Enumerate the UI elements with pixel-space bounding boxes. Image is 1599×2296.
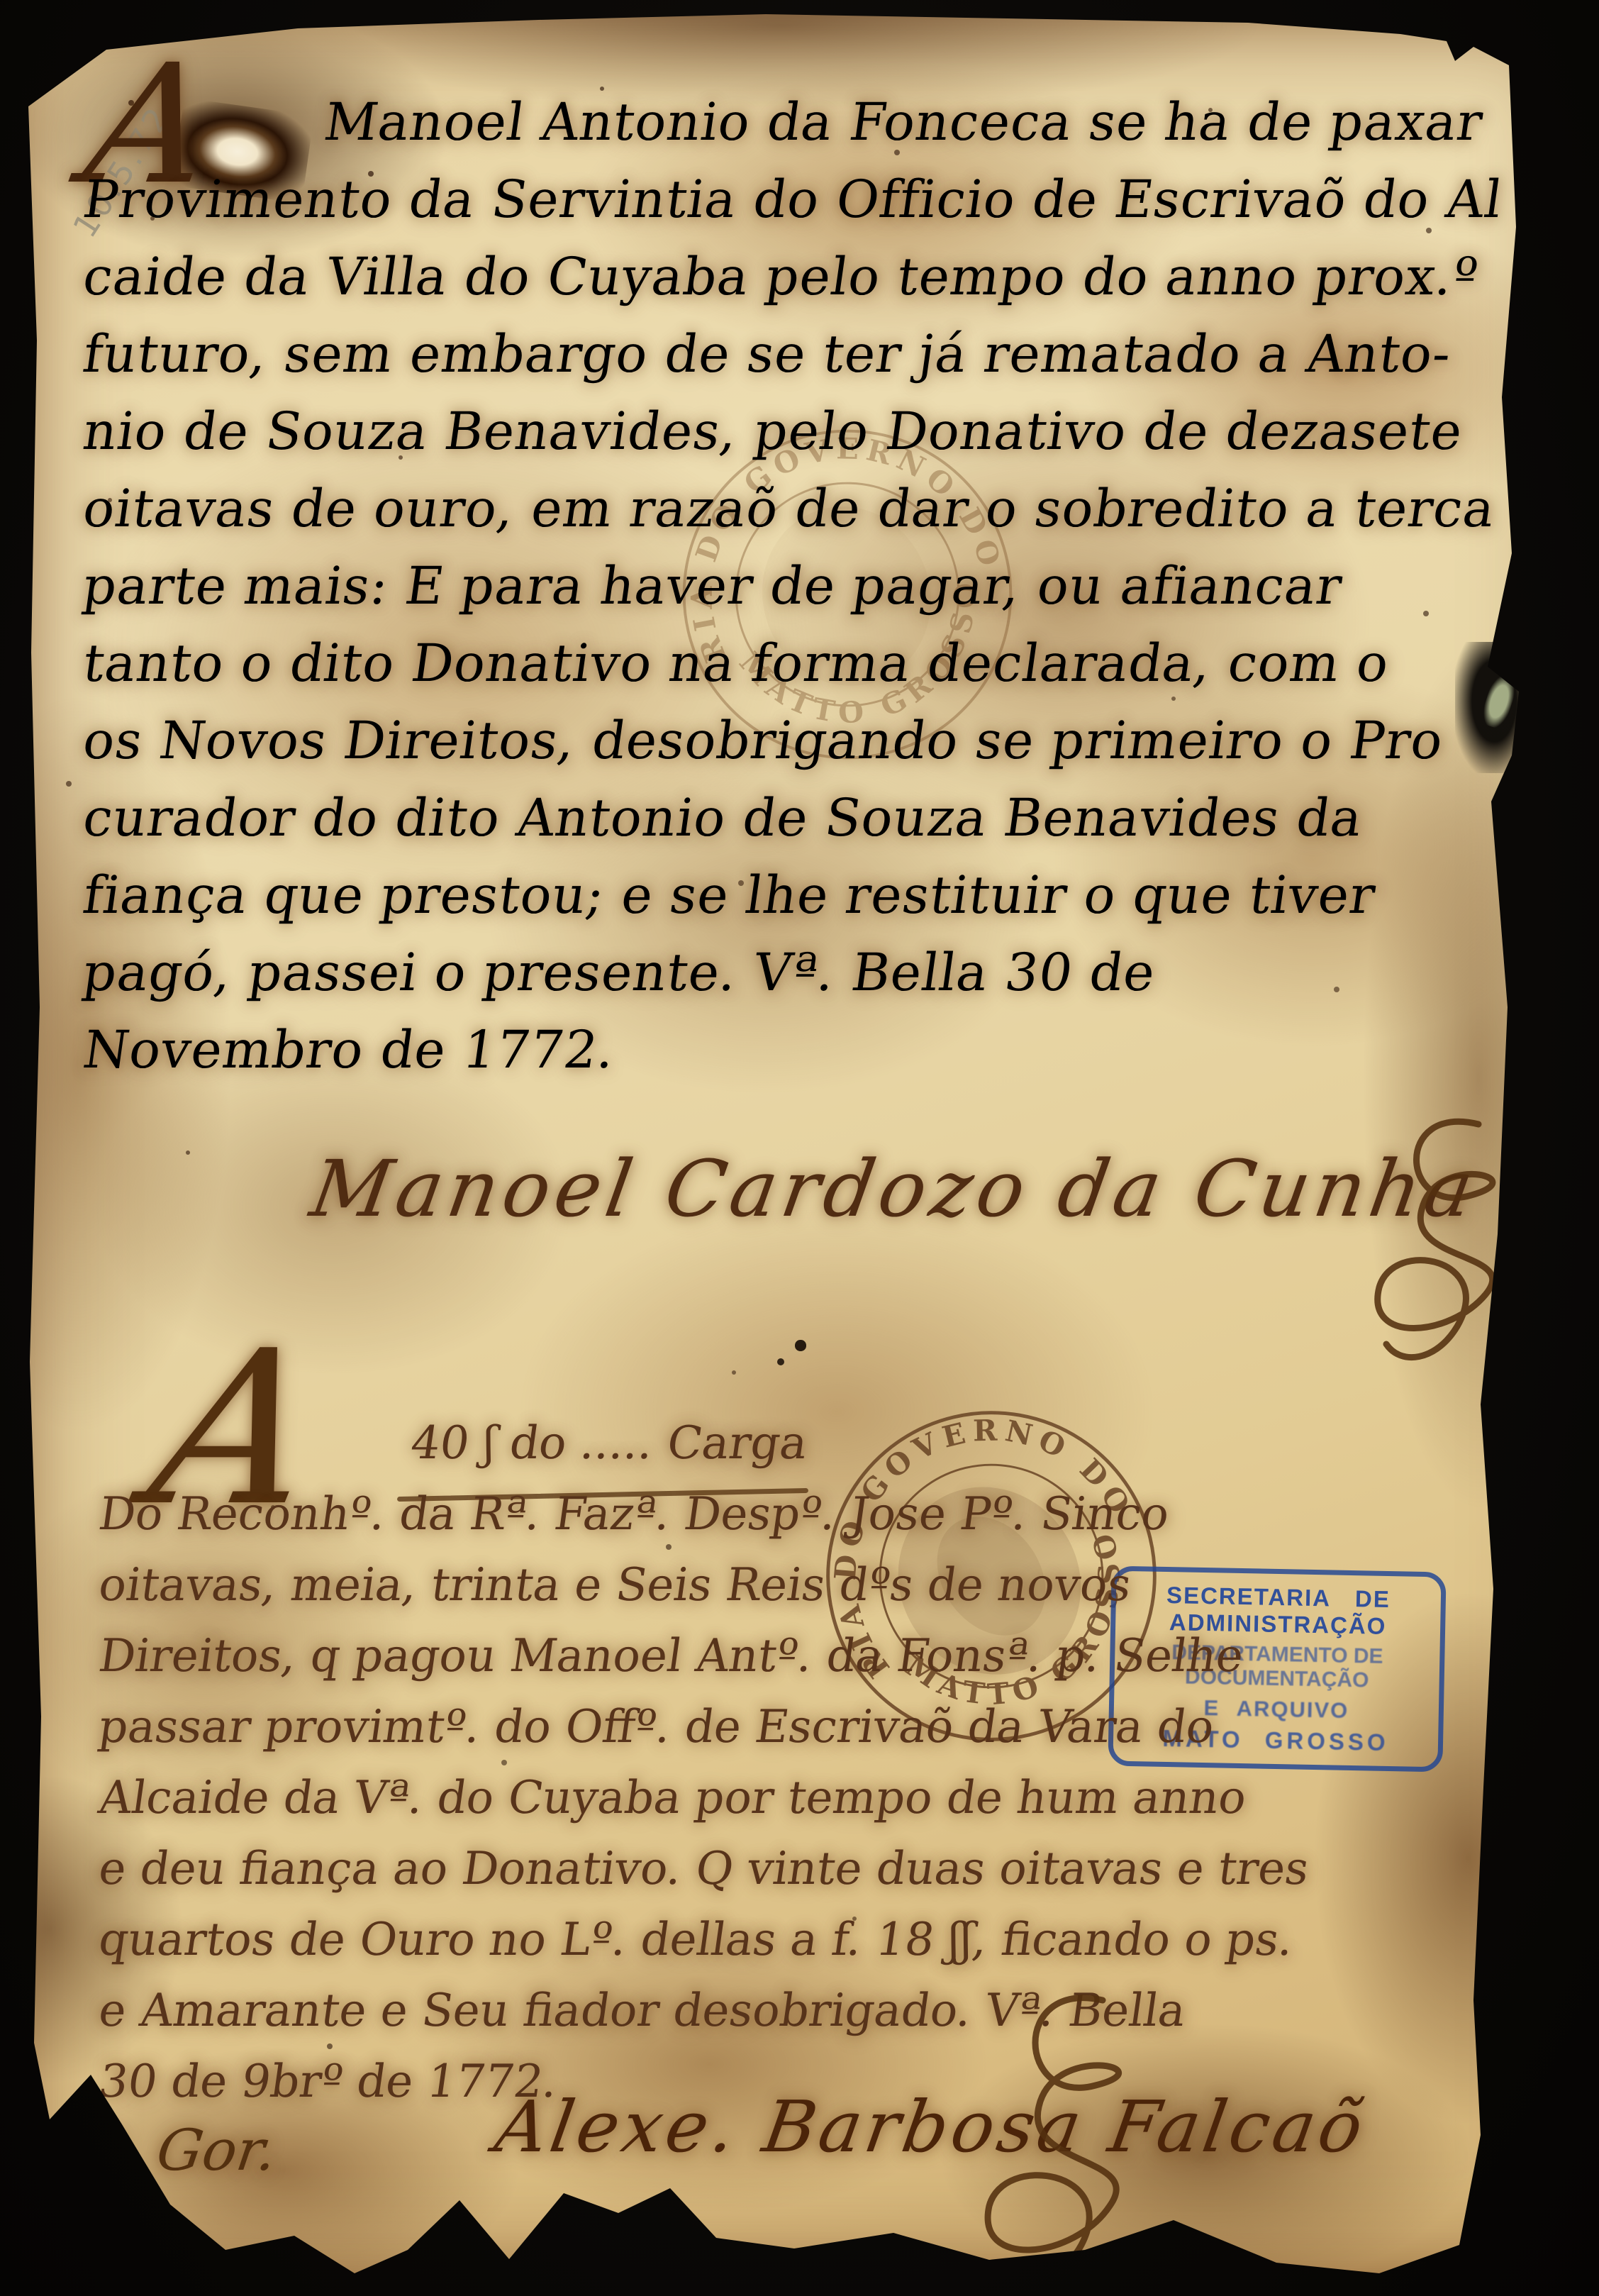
registry-line: Do Reconhº. da Rª. Fazª. Despº. Jose Pº.… xyxy=(94,1479,1352,1550)
registry-line: 40 ʃ do ..... Carga xyxy=(94,1408,1352,1479)
certificate-line: Provimento da Servintia do Officio de Es… xyxy=(78,161,1478,238)
certificate-line: tanto o dito Donativo na forma declarada… xyxy=(78,625,1478,702)
certificate-line: curador do dito Antonio de Souza Benavid… xyxy=(78,780,1478,857)
flourish-stroke xyxy=(1378,1121,1493,1357)
registry-line: quartos de Ouro no Lº. dellas a f. 18 ʃʃ… xyxy=(94,1904,1352,1975)
certificate-line: fiança que prestou; e se lhe restituir o… xyxy=(78,857,1478,934)
certificate-line: oitavas de ouro, em razaõ de dar o sobre… xyxy=(78,470,1478,548)
signature-alexe-barbosa: Alexe. Barbosa Falcaõ xyxy=(490,2085,1372,2168)
registry-line: Direitos, q pagou Manoel Antº. da Fonsª.… xyxy=(94,1621,1352,1692)
ink-speckles xyxy=(0,0,4,4)
signature-manoel-cardozo-da-cunha: Manoel Cardozo da Cunha xyxy=(305,1143,1484,1234)
registry-line: passar provimtº. do Offº. de Escrivaõ da… xyxy=(94,1692,1352,1763)
registry-line: oitavas, meia, trinta e Seis Reis dºs de… xyxy=(94,1550,1352,1621)
flourish-stroke xyxy=(988,1998,1119,2280)
certificate-line: Novembro de 1772. xyxy=(78,1011,1478,1089)
photo-backdrop: 10.5.72 SECRETARIA DO GOVERNO DO ESTADO … xyxy=(0,0,1599,2296)
signature-flourish xyxy=(1337,1110,1507,1372)
certificate-line: futuro, sem embargo de se ter já rematad… xyxy=(78,316,1478,393)
signature-flourish xyxy=(932,1993,1166,2291)
certificate-line: parte mais: E para haver de pagar, ou af… xyxy=(78,548,1478,625)
certificate-line: caide da Villa do Cuyaba pelo tempo do a… xyxy=(78,238,1478,316)
certificate-line: nio de Souza Benavides, pelo Donativo de… xyxy=(78,393,1478,470)
certificate-line: Manoel Antonio da Fonceca se ha de paxar xyxy=(78,84,1478,161)
certificate-line: pagó, passei o presente. Vª. Bella 30 de xyxy=(78,934,1478,1011)
manuscript-page: 10.5.72 SECRETARIA DO GOVERNO DO ESTADO … xyxy=(0,0,1599,2296)
registry-marginal-note: D. Gor. xyxy=(73,2117,280,2183)
registry-line: e deu fiança ao Donativo. Q vinte duas o… xyxy=(94,1834,1352,1904)
certificate-line: os Novos Direitos, desobrigando se prime… xyxy=(78,702,1478,780)
certificate-text: Manoel Antonio da Fonceca se ha de paxar… xyxy=(84,84,1473,1089)
registry-line: Alcaide da Vª. do Cuyaba por tempo de hu… xyxy=(94,1763,1352,1834)
